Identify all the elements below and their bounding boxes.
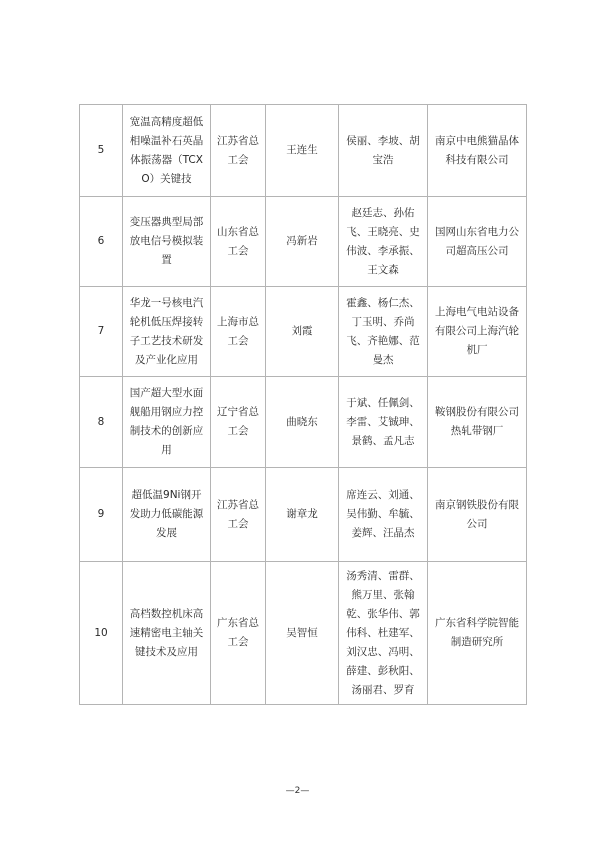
project-leader: 王连生	[266, 105, 339, 197]
award-table: 5 宽温高精度超低相噪温补石英晶体振荡器（TCXO）关键技 江苏省总工会 王连生…	[79, 104, 527, 705]
recommending-union: 江苏省总工会	[211, 105, 266, 197]
project-name: 华龙一号核电汽轮机低压焊接转子工艺技术研发及产业化应用	[123, 287, 211, 377]
team-members: 汤秀清、雷群、熊万里、张翰乾、张华伟、郭伟科、杜建军、刘汉忠、冯明、薛建、彭秋阳…	[339, 562, 428, 705]
row-number: 9	[80, 468, 123, 562]
project-leader: 吴智恒	[266, 562, 339, 705]
project-leader: 曲晓东	[266, 377, 339, 468]
row-number: 7	[80, 287, 123, 377]
recommending-union: 广东省总工会	[211, 562, 266, 705]
organization: 鞍钢股份有限公司热轧带钢厂	[428, 377, 527, 468]
table-row: 8 国产超大型水面舰船用钢应力控制技术的创新应用 辽宁省总工会 曲晓东 于斌、任…	[80, 377, 527, 468]
table-row: 7 华龙一号核电汽轮机低压焊接转子工艺技术研发及产业化应用 上海市总工会 刘霞 …	[80, 287, 527, 377]
table-row: 6 变压器典型局部放电信号模拟装置 山东省总工会 冯新岩 赵廷志、孙佑飞、王晓亮…	[80, 197, 527, 287]
recommending-union: 上海市总工会	[211, 287, 266, 377]
recommending-union: 辽宁省总工会	[211, 377, 266, 468]
project-name: 变压器典型局部放电信号模拟装置	[123, 197, 211, 287]
table-row: 9 超低温9Ni钢开发助力低碳能源发展 江苏省总工会 谢章龙 席连云、刘通、吴伟…	[80, 468, 527, 562]
table-row: 10 高档数控机床高速精密电主轴关键技术及应用 广东省总工会 吴智恒 汤秀清、雷…	[80, 562, 527, 705]
document-page: 5 宽温高精度超低相噪温补石英晶体振荡器（TCXO）关键技 江苏省总工会 王连生…	[0, 0, 595, 842]
team-members: 赵廷志、孙佑飞、王晓亮、史伟波、李承振、王文森	[339, 197, 428, 287]
project-name: 超低温9Ni钢开发助力低碳能源发展	[123, 468, 211, 562]
organization: 南京中电熊猫晶体科技有限公司	[428, 105, 527, 197]
recommending-union: 江苏省总工会	[211, 468, 266, 562]
project-leader: 谢章龙	[266, 468, 339, 562]
team-members: 霍鑫、杨仁杰、丁玉明、乔尚飞、齐艳娜、范曼杰	[339, 287, 428, 377]
organization: 广东省科学院智能制造研究所	[428, 562, 527, 705]
row-number: 8	[80, 377, 123, 468]
project-leader: 冯新岩	[266, 197, 339, 287]
row-number: 5	[80, 105, 123, 197]
row-number: 6	[80, 197, 123, 287]
project-name: 高档数控机床高速精密电主轴关键技术及应用	[123, 562, 211, 705]
project-name: 国产超大型水面舰船用钢应力控制技术的创新应用	[123, 377, 211, 468]
table-row: 5 宽温高精度超低相噪温补石英晶体振荡器（TCXO）关键技 江苏省总工会 王连生…	[80, 105, 527, 197]
table-body: 5 宽温高精度超低相噪温补石英晶体振荡器（TCXO）关键技 江苏省总工会 王连生…	[80, 105, 527, 705]
team-members: 于斌、任佩剑、李雷、艾铖珅、景鹤、孟凡志	[339, 377, 428, 468]
team-members: 席连云、刘通、吴伟勤、牟毓、姜辉、汪晶杰	[339, 468, 428, 562]
project-name: 宽温高精度超低相噪温补石英晶体振荡器（TCXO）关键技	[123, 105, 211, 197]
organization: 南京钢铁股份有限公司	[428, 468, 527, 562]
organization: 国网山东省电力公司超高压公司	[428, 197, 527, 287]
organization: 上海电气电站设备有限公司上海汽轮机厂	[428, 287, 527, 377]
row-number: 10	[80, 562, 123, 705]
project-leader: 刘霞	[266, 287, 339, 377]
recommending-union: 山东省总工会	[211, 197, 266, 287]
team-members: 侯丽、李坡、胡宝浩	[339, 105, 428, 197]
page-number: —2—	[0, 786, 595, 796]
